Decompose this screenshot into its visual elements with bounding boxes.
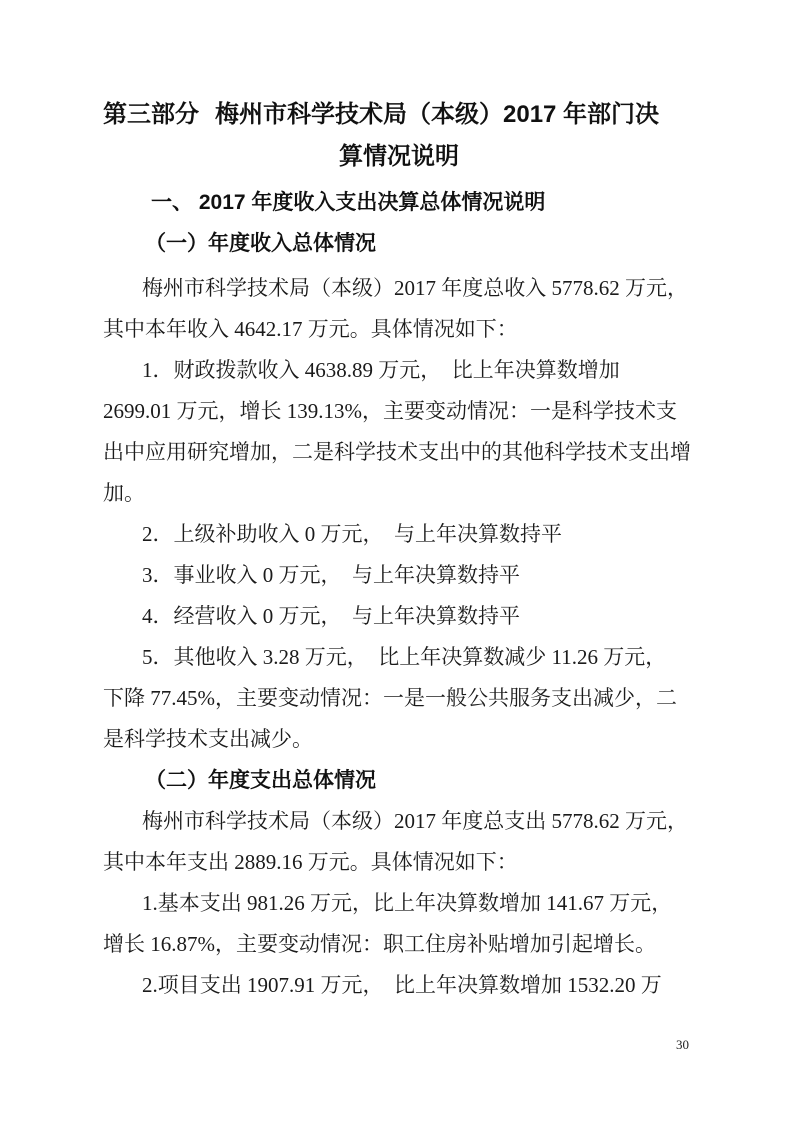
section-1-heading: 一、 2017 年度收入支出决算总体情况说明	[103, 182, 695, 223]
income-overview-line-1: 梅州市科学技术局（本级）2017 年度总收入 5778.62 万元，	[103, 268, 695, 309]
subsection-expense-heading: （二）年度支出总体情况	[103, 760, 695, 801]
expense-item-1-line-1: 1.基本支出 981.26 万元，比上年决算数增加 141.67 万元，	[103, 883, 695, 924]
income-item-2-line: 2．上级补助收入 0 万元， 与上年决算数持平	[103, 514, 695, 555]
income-item-5-line-1: 5．其他收入 3.28 万元， 比上年决算数减少 11.26 万元，	[103, 637, 695, 678]
document-content: 第三部分梅州市科学技术局（本级）2017 年部门决 算情况说明 一、 2017 …	[103, 94, 695, 1006]
document-title-line-2: 算情况说明	[103, 136, 695, 178]
income-item-5-line-2: 下降 77.45%，主要变动情况：一是一般公共服务支出减少，二	[103, 678, 695, 719]
income-item-1-line-4: 加。	[103, 473, 695, 514]
expense-item-1-line-2: 增长 16.87%，主要变动情况：职工住房补贴增加引起增长。	[103, 924, 695, 965]
document-page: 第三部分梅州市科学技术局（本级）2017 年部门决 算情况说明 一、 2017 …	[0, 0, 793, 1122]
document-title-line-1: 第三部分梅州市科学技术局（本级）2017 年部门决	[103, 94, 695, 136]
document-title-part-number: 第三部分	[103, 101, 199, 128]
expense-item-2-line-1: 2.项目支出 1907.91 万元， 比上年决算数增加 1532.20 万	[103, 965, 695, 1006]
income-item-1-line-1: 1．财政拨款收入 4638.89 万元， 比上年决算数增加	[103, 350, 695, 391]
income-item-1-line-2: 2699.01 万元，增长 139.13%，主要变动情况：一是科学技术支	[103, 391, 695, 432]
income-item-3-line: 3．事业收入 0 万元， 与上年决算数持平	[103, 555, 695, 596]
income-item-5-line-3: 是科学技术支出减少。	[103, 719, 695, 760]
income-overview-line-2: 其中本年收入 4642.17 万元。具体情况如下：	[103, 309, 695, 350]
page-number: 30	[676, 1036, 689, 1054]
document-title-part-text: 梅州市科学技术局（本级）2017 年部门决	[215, 101, 659, 128]
subsection-income-heading: （一）年度收入总体情况	[103, 223, 695, 264]
income-item-1-line-3: 出中应用研究增加，二是科学技术支出中的其他科学技术支出增	[103, 432, 695, 473]
income-item-4-line: 4．经营收入 0 万元， 与上年决算数持平	[103, 596, 695, 637]
expense-overview-line-1: 梅州市科学技术局（本级）2017 年度总支出 5778.62 万元，	[103, 801, 695, 842]
expense-overview-line-2: 其中本年支出 2889.16 万元。具体情况如下：	[103, 842, 695, 883]
